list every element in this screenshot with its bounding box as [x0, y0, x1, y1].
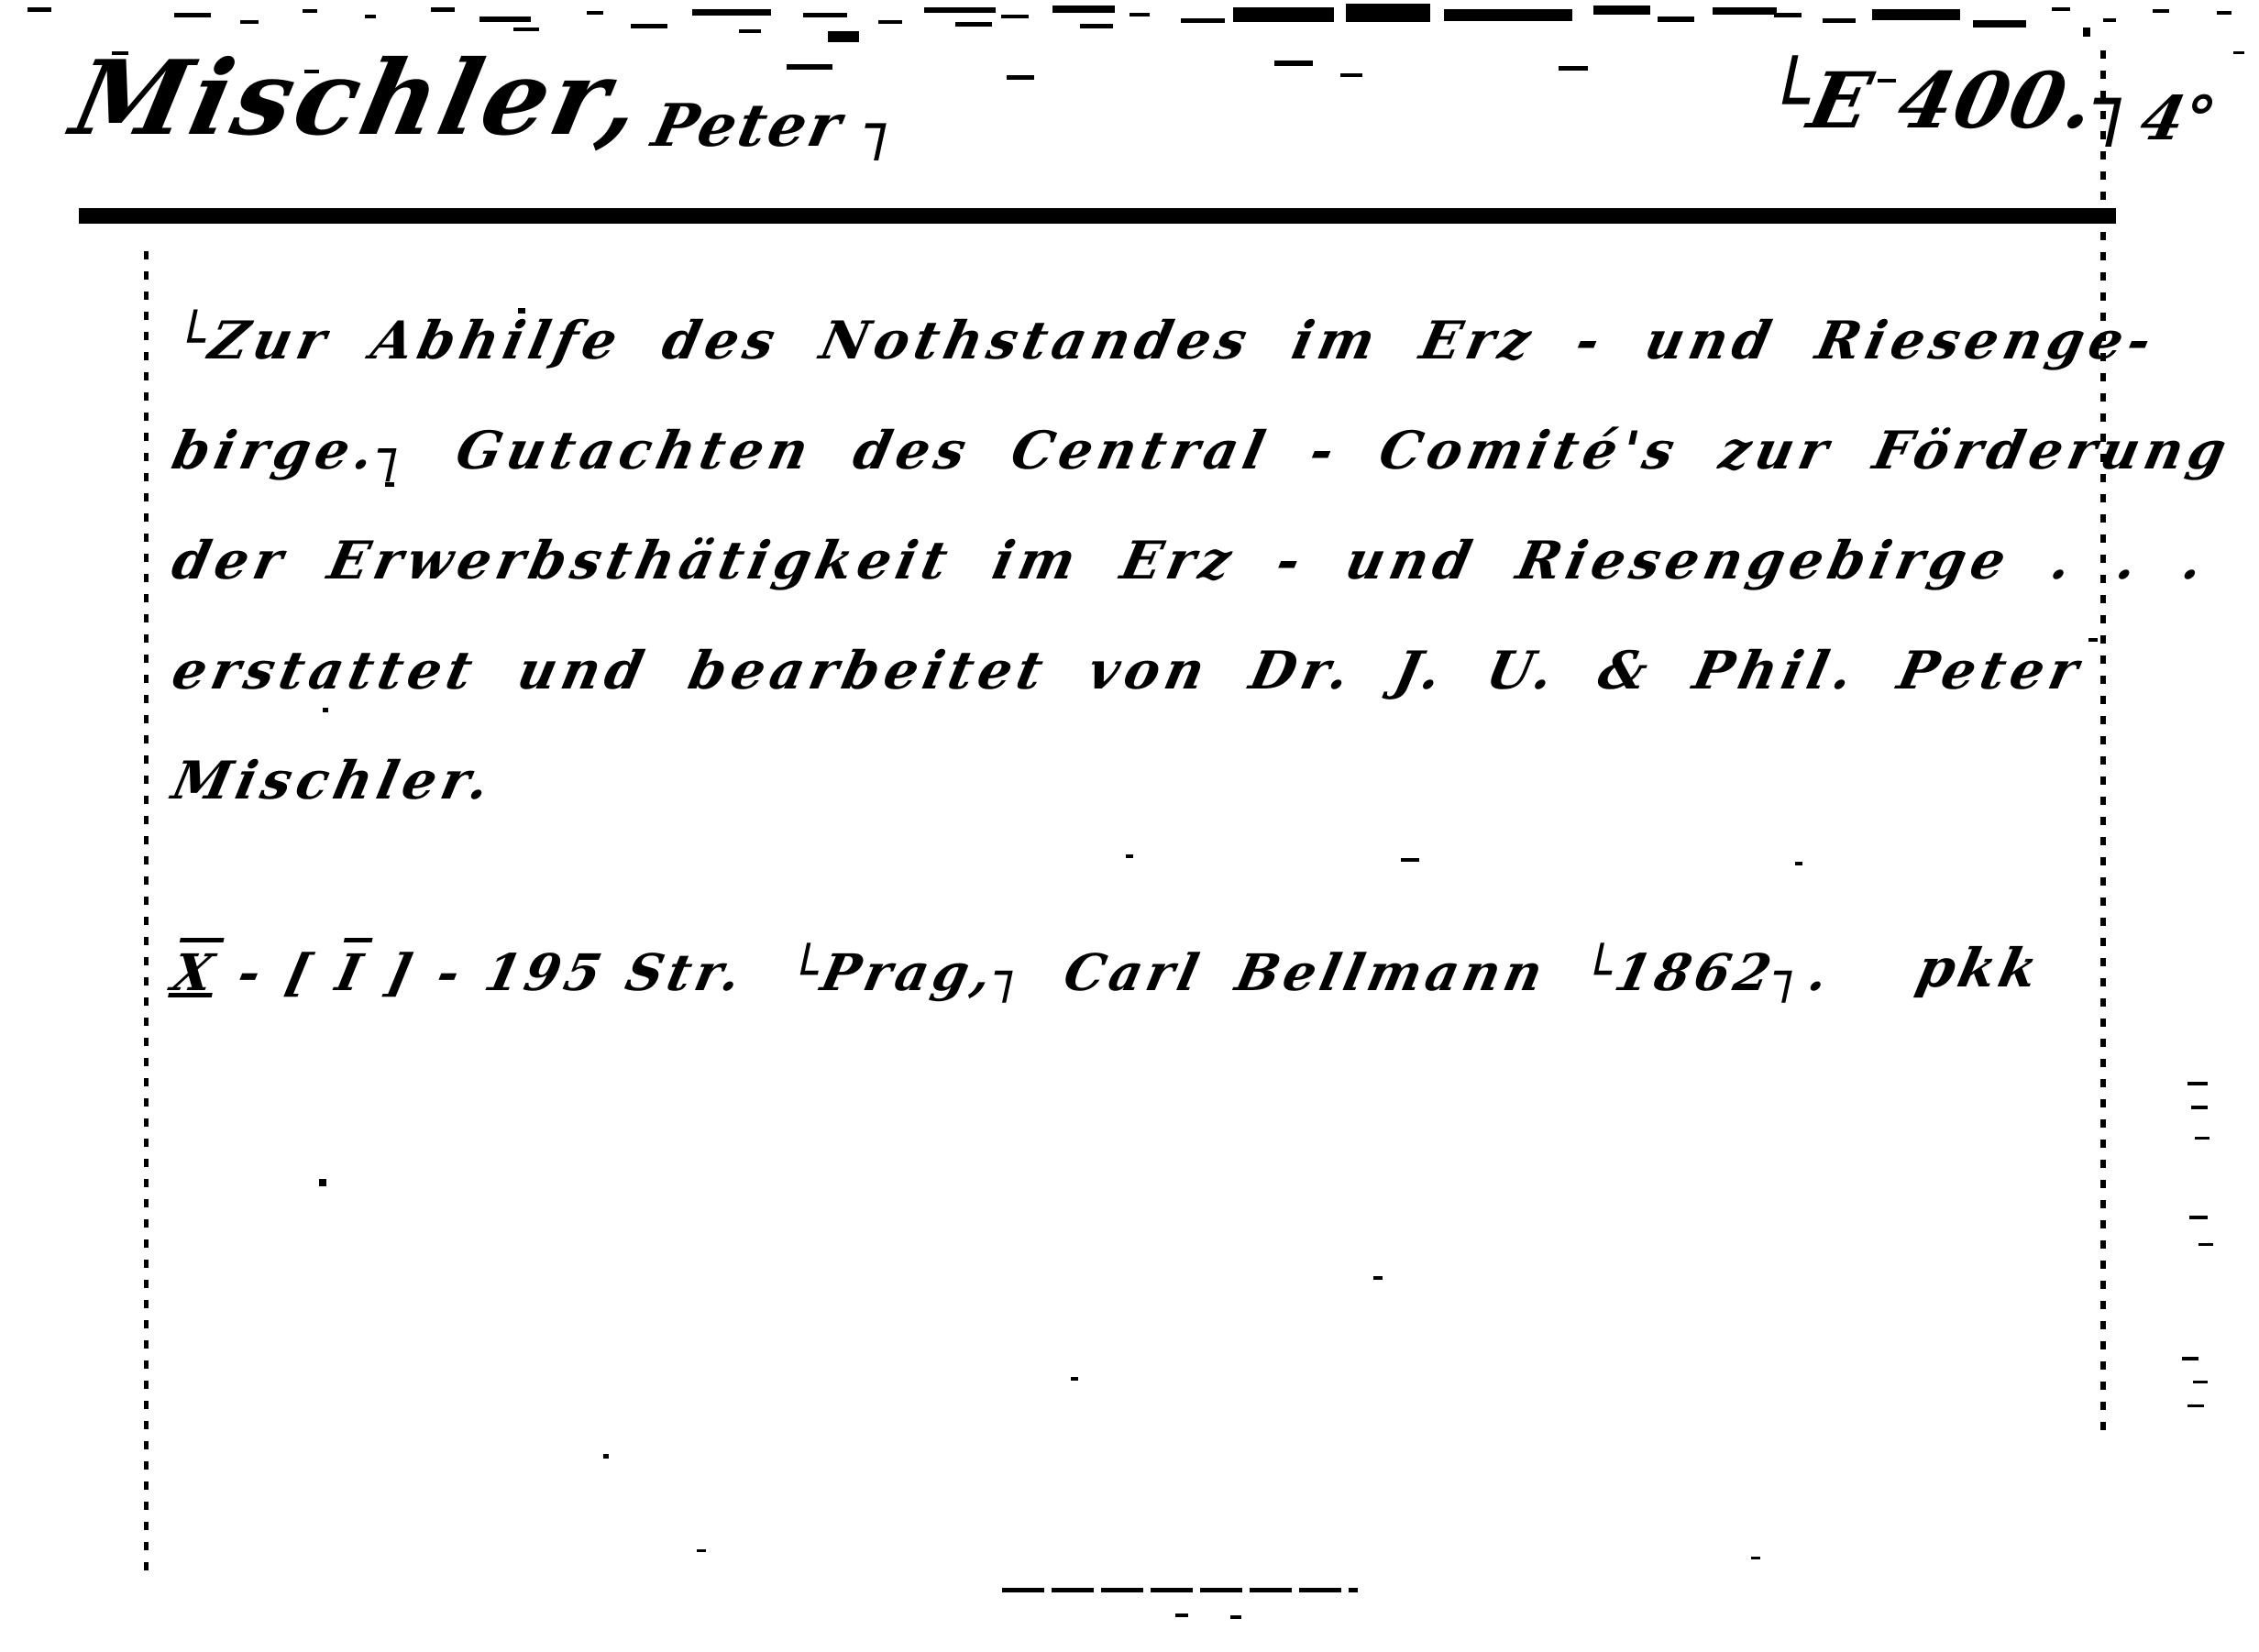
- scan-speck: [1444, 9, 1572, 21]
- scan-speck: [1401, 858, 1419, 862]
- scan-speck: [28, 7, 51, 12]
- scan-speck: [240, 20, 259, 24]
- scan-speck: [2233, 51, 2244, 54]
- scan-speck: [739, 29, 761, 33]
- format-mark: 4°: [2134, 83, 2222, 154]
- publication-place: └Prag,┐: [781, 942, 1037, 1002]
- scan-speck: [1007, 75, 1034, 80]
- scan-speck: [2153, 9, 2169, 13]
- title-line-2: birge.┐ Gutachten des Central - Comité's…: [167, 420, 2237, 481]
- scan-speck: [1080, 24, 1113, 28]
- publication-publisher: Carl Bellmann: [1059, 942, 1552, 1002]
- scan-speck: [828, 31, 859, 42]
- scan-speck: [1001, 15, 1029, 18]
- scan-speck: [1795, 862, 1802, 865]
- scan-speck: [518, 308, 525, 314]
- scan-speck: [1774, 13, 1802, 17]
- shelfmark-sep2: ] - 195 Str.: [359, 942, 751, 1002]
- scan-speck: [2083, 28, 2090, 37]
- scan-speck: [1346, 4, 1430, 22]
- left-margin-dotted-line: [144, 251, 149, 1573]
- scan-speck: [2052, 7, 2070, 11]
- publication-statement: └Prag,┐ Carl Bellmann └1862┐.: [781, 942, 1838, 1002]
- scan-speck: [570, 81, 589, 84]
- scan-speck: [1751, 1557, 1760, 1559]
- scan-speck: [1973, 20, 2026, 28]
- scan-speck: [2195, 1137, 2209, 1140]
- scan-speck: [1071, 1377, 1078, 1381]
- scan-speck: [319, 1179, 326, 1186]
- scan-speck: [1658, 17, 1694, 22]
- publication-year: └1862┐.: [1575, 942, 1838, 1002]
- scan-speck: [323, 708, 328, 712]
- right-margin-dotted-line: [2100, 50, 2106, 1430]
- scan-line-artifact: [1002, 1588, 1358, 1592]
- scan-speck: [304, 70, 319, 73]
- scan-speck: [2182, 1357, 2198, 1360]
- scan-speck: [697, 1549, 706, 1552]
- catalog-card: Mischler, Peter ┐ └E 400.┐ 4° └Zur Abhil…: [0, 0, 2259, 1652]
- scan-speck: [1129, 13, 1150, 17]
- scan-speck: [2189, 1216, 2208, 1219]
- scan-speck: [2187, 1404, 2204, 1407]
- scan-speck: [631, 24, 667, 28]
- scan-speck: [1559, 66, 1588, 71]
- scan-speck: [787, 64, 832, 70]
- scan-speck: [803, 13, 847, 17]
- scan-speck: [1373, 1276, 1383, 1280]
- scan-speck: [2088, 638, 2098, 642]
- scan-speck: [2193, 1381, 2208, 1383]
- scan-speck: [955, 22, 992, 27]
- title-line-1: └Zur Abhilfe des Nothstandes im Erz - un…: [167, 310, 2162, 371]
- scan-speck: [365, 15, 376, 18]
- scan-speck: [303, 9, 317, 13]
- scan-speck: [1340, 73, 1362, 77]
- cataloger-initials: pkk: [1912, 937, 2046, 999]
- scan-speck: [1233, 7, 1334, 22]
- scan-speck: [1713, 7, 1777, 15]
- title-line-4: erstattet und bearbeitet von Dr. J. U. &…: [167, 640, 2089, 701]
- scan-speck: [1175, 1613, 1188, 1617]
- scan-speck: [1181, 18, 1225, 23]
- scan-speck: [1823, 18, 1856, 23]
- scan-speck: [2187, 1082, 2208, 1085]
- scan-speck: [878, 20, 902, 24]
- title-line-3: der Erwerbsthätigkeit im Erz - und Riese…: [167, 530, 2214, 591]
- scan-speck: [2198, 1243, 2213, 1246]
- scan-speck: [1230, 1615, 1241, 1619]
- scan-speck: [2103, 18, 2116, 22]
- scan-speck: [1274, 61, 1313, 66]
- scan-speck: [587, 11, 603, 15]
- scan-speck: [174, 13, 211, 17]
- scan-speck: [603, 1454, 609, 1459]
- author-surname: Mischler,: [62, 39, 656, 159]
- scan-speck: [924, 7, 996, 13]
- scan-speck: [692, 9, 771, 16]
- title-line-5: Mischler.: [167, 750, 501, 811]
- scan-speck: [385, 482, 394, 487]
- scan-speck: [1126, 854, 1133, 858]
- scan-speck: [1878, 79, 1896, 83]
- scan-speck: [431, 7, 455, 12]
- scan-speck: [2191, 1106, 2208, 1109]
- scan-speck: [1872, 9, 1960, 20]
- scan-speck: [2217, 11, 2231, 15]
- scan-speck: [1593, 6, 1650, 15]
- scan-speck: [112, 51, 128, 55]
- shelfmark: X - [ I ] - 195 Str.: [167, 942, 751, 1002]
- scan-speck: [1052, 6, 1115, 13]
- header-rule: [79, 208, 2116, 224]
- scan-speck: [513, 28, 539, 31]
- shelfmark-sep1: - [: [211, 942, 344, 1002]
- call-number: └E 400.┐: [1753, 55, 2153, 146]
- author-forename: Peter ┐: [646, 92, 911, 160]
- scan-speck: [479, 17, 531, 22]
